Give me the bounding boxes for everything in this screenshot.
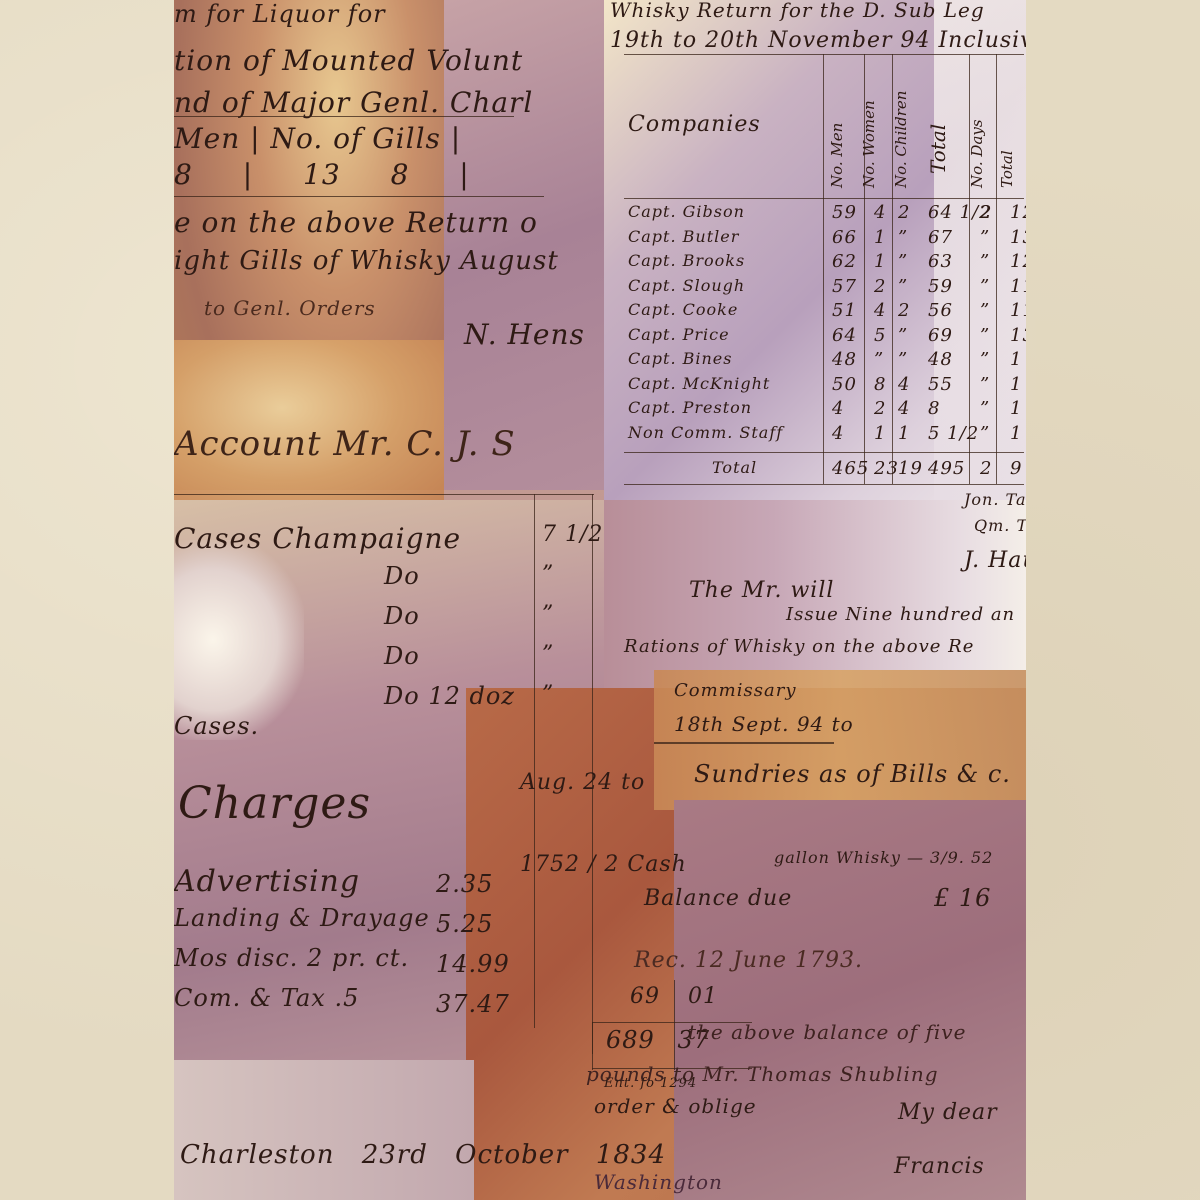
ruled-line — [174, 196, 544, 197]
table-cell-men: 4 — [832, 398, 844, 419]
invoice-amount: ” — [542, 602, 554, 627]
table-cell-children: 4 — [898, 374, 910, 395]
invoice-item: Cases Champaigne — [174, 522, 461, 555]
invoice-amount: ” — [542, 682, 554, 707]
table-cell-grand: 12 — [1010, 202, 1026, 223]
table-cell-men: 465 — [832, 458, 869, 479]
table-cell-company: Capt. Cooke — [628, 300, 738, 319]
table-cell-total: 5 1/2 — [928, 423, 979, 444]
handwriting-line: ight Gills of Whisky August — [174, 246, 559, 276]
table-cell-grand: 1 — [1010, 349, 1022, 370]
handwriting-line: Rations of Whisky on the above Re — [624, 636, 974, 657]
flourish-line — [654, 742, 834, 744]
table-cell-days: ” — [980, 398, 990, 419]
table-cell-women: 5 — [874, 325, 886, 346]
invoice-amount: 7 1/2 — [542, 522, 603, 547]
column-header: No. Children — [892, 91, 910, 188]
handwriting-line: Balance due — [644, 886, 792, 911]
handwriting-line: the above balance of five — [688, 1020, 966, 1044]
charge-item: Mos disc. 2 pr. ct. — [174, 944, 409, 972]
table-cell-days: ” — [980, 227, 990, 248]
table-cell-women: 1 — [874, 227, 886, 248]
handwriting-line: Sundries as of Bills & c. — [694, 760, 1011, 788]
table-cell-women: 2 — [874, 276, 886, 297]
table-rule — [624, 54, 1024, 55]
table-cell-grand: 1 — [1010, 374, 1022, 395]
table-cell-men: 51 — [832, 300, 857, 321]
invoice-item: Do — [384, 642, 420, 670]
table-cell-men: 64 — [832, 325, 857, 346]
table-cell-children: ” — [898, 276, 908, 297]
table-cell-company: Capt. Slough — [628, 276, 745, 295]
table-cell-company: Capt. Preston — [628, 398, 752, 417]
table-cell-total: 56 — [928, 300, 953, 321]
table-cell-days: ” — [980, 325, 990, 346]
table-cell-women: 1 — [874, 251, 886, 272]
column-rule — [823, 54, 824, 484]
table-cell-children: 2 — [898, 202, 910, 223]
table-cell-total: 55 — [928, 374, 953, 395]
column-rule — [674, 980, 675, 1070]
table-cell-men: 50 — [832, 374, 857, 395]
table-cell-women: 23 — [874, 458, 899, 479]
table-cell-children: 2 — [898, 300, 910, 321]
table-cell-company: Capt. Price — [628, 325, 730, 344]
handwriting-line: e on the above Return o — [174, 206, 538, 239]
table-cell-men: 62 — [832, 251, 857, 272]
handwriting-line: 1752 / 2 Cash — [520, 852, 687, 877]
table-rule — [624, 198, 1024, 199]
handwriting-line: Ent. fo 1294 — [604, 1076, 697, 1091]
column-rule — [534, 494, 535, 1028]
handwriting-line: order & oblige — [594, 1094, 757, 1118]
handwriting-line: The Mr. will — [689, 578, 834, 603]
table-cell-company: Capt. Gibson — [628, 202, 745, 221]
invoice-amount: ” — [542, 642, 554, 667]
table-heading: 19th to 20th November 94 Inclusive — [610, 28, 1026, 53]
table-cell-grand: 9 — [1010, 458, 1022, 479]
handwriting-line: gallon Whisky — 3/9. 52 — [774, 848, 993, 867]
signature-line: Jon. Ta — [964, 490, 1026, 509]
signature: J. Haus — [964, 548, 1026, 573]
table-cell-grand: 11 — [1010, 300, 1026, 321]
handwriting-line: m for Liquor for — [174, 0, 386, 28]
handwriting-line: Washington — [594, 1170, 723, 1194]
signature: Francis — [894, 1154, 985, 1179]
handwriting-line: Account Mr. C. J. S — [174, 424, 516, 464]
table-cell-grand: 1 — [1010, 423, 1022, 444]
table-cell-company: Capt. Bines — [628, 349, 732, 368]
column-header: No. Women — [860, 100, 878, 188]
table-cell-men: 4 — [832, 423, 844, 444]
document-collage: m for Liquor for tion of Mounted Volunt … — [174, 0, 1026, 1200]
table-cell-women: 2 — [874, 398, 886, 419]
column-header: No. Men — [828, 123, 846, 188]
table-cell-company: Total — [712, 458, 757, 477]
column-header: Companies — [628, 112, 761, 137]
table-cell-men: 57 — [832, 276, 857, 297]
table-rule — [624, 484, 1024, 485]
table-cell-children: ” — [898, 325, 908, 346]
light-glow — [174, 540, 304, 740]
handwriting-line: £ 16 — [934, 884, 991, 912]
table-cell-children: 1 — [898, 423, 910, 444]
charge-item: Landing & Drayage — [174, 904, 430, 932]
charge-amount: 14.99 — [436, 950, 510, 978]
table-cell-women: ” — [874, 349, 884, 370]
table-cell-total: 8 — [928, 398, 940, 419]
table-cell-total: 67 — [928, 227, 953, 248]
table-cell-women: 4 — [874, 300, 886, 321]
invoice-item: Do — [384, 562, 420, 590]
table-cell-grand: 11 — [1010, 276, 1026, 297]
table-cell-grand: 12 — [1010, 251, 1026, 272]
table-cell-children: ” — [898, 251, 908, 272]
table-cell-grand: 13 — [1010, 325, 1026, 346]
column-header: Total — [926, 124, 950, 174]
table-cell-grand: 13 — [1010, 227, 1026, 248]
table-cell-total: 63 — [928, 251, 953, 272]
handwriting-line: Men | No. of Gills | — [174, 122, 461, 155]
table-cell-days: 2 — [980, 458, 992, 479]
table-cell-men: 66 — [832, 227, 857, 248]
table-heading: Whisky Return for the D. Sub Leg — [610, 0, 985, 22]
handwriting-line: nd of Major Genl. Charl — [174, 86, 533, 119]
table-cell-men: 48 — [832, 349, 857, 370]
handwriting-line: Aug. 24 to — [520, 770, 645, 795]
table-cell-children: 4 — [898, 398, 910, 419]
table-rule — [624, 452, 1024, 453]
table-cell-children: ” — [898, 227, 908, 248]
handwriting-line: Issue Nine hundred an — [786, 604, 1015, 625]
charge-amount: 5.25 — [436, 910, 493, 938]
charge-amount: 37.47 — [436, 990, 510, 1018]
table-cell-total: 59 — [928, 276, 953, 297]
handwriting-line: Rec. 12 June 1793. — [634, 948, 863, 973]
column-rule — [996, 54, 997, 484]
charge-item: Advertising — [174, 864, 360, 899]
table-cell-days: 2 — [980, 202, 992, 223]
column-header: Total — [998, 150, 1016, 188]
handwriting-line: Charleston 23rd October 1834 — [180, 1140, 666, 1170]
table-cell-company: Capt. McKnight — [628, 374, 770, 393]
table-cell-men: 59 — [832, 202, 857, 223]
charges-heading: Charges — [178, 778, 371, 829]
table-cell-days: ” — [980, 423, 990, 444]
invoice-amount: ” — [542, 562, 554, 587]
handwriting-line: Commissary — [674, 680, 796, 701]
handwriting-line: tion of Mounted Volunt — [174, 44, 523, 77]
handwriting-line: My dear — [898, 1100, 998, 1125]
signature: N. Hens — [464, 318, 585, 351]
charleston-paper — [174, 1060, 474, 1200]
signature-line: Qm. Ta — [974, 516, 1026, 535]
ruled-line — [174, 116, 514, 117]
table-cell-days: ” — [980, 251, 990, 272]
invoice-item: Do — [384, 602, 420, 630]
table-cell-women: 4 — [874, 202, 886, 223]
table-cell-company: Capt. Butler — [628, 227, 739, 246]
table-cell-total: 48 — [928, 349, 953, 370]
table-cell-company: Capt. Brooks — [628, 251, 745, 270]
table-cell-days: ” — [980, 374, 990, 395]
charge-item: Com. & Tax .5 — [174, 984, 359, 1012]
table-cell-children: ” — [898, 349, 908, 370]
handwriting-line: 8 | 13 8 | — [174, 158, 470, 191]
table-cell-total: 495 — [928, 458, 965, 479]
table-cell-total: 69 — [928, 325, 953, 346]
ruled-line — [174, 494, 594, 495]
column-header: No. Days — [968, 119, 986, 188]
invoice-item: Cases. — [174, 712, 259, 740]
charge-amount: 2.35 — [436, 870, 493, 898]
table-cell-grand: 1 — [1010, 398, 1022, 419]
table-cell-women: 8 — [874, 374, 886, 395]
table-cell-company: Non Comm. Staff — [628, 423, 783, 442]
handwriting-line: 18th Sept. 94 to — [674, 712, 854, 736]
handwriting-line: to Genl. Orders — [204, 296, 376, 320]
table-cell-days: ” — [980, 349, 990, 370]
table-cell-days: ” — [980, 276, 990, 297]
table-cell-children: 19 — [898, 458, 923, 479]
invoice-item: Do 12 doz — [384, 682, 515, 710]
table-cell-days: ” — [980, 300, 990, 321]
table-cell-women: 1 — [874, 423, 886, 444]
